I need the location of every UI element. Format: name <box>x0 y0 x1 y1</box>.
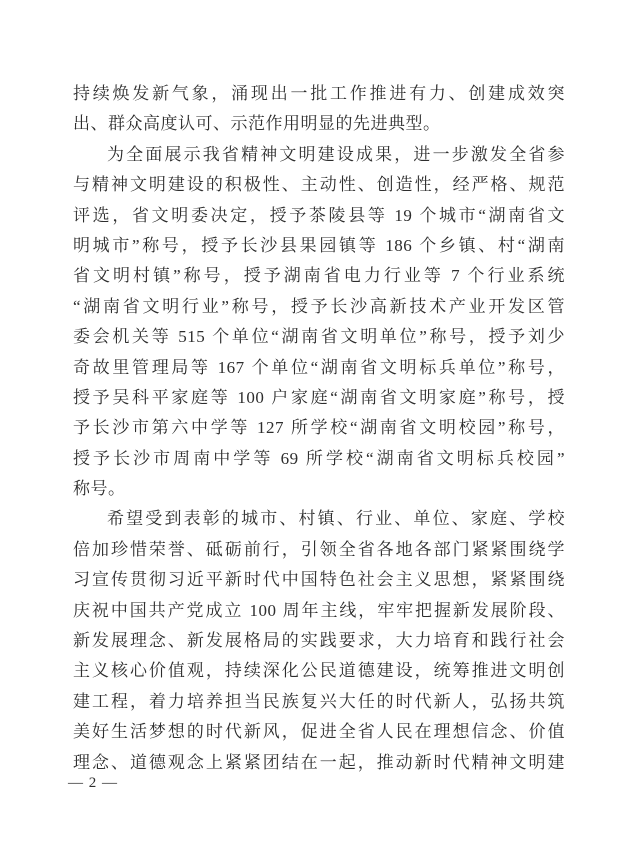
body-text-line: 授予长沙市周南中学等 69 所学校“湖南省文明标兵校园” <box>73 444 565 474</box>
body-text-line: 委会机关等 515 个单位“湖南省文明单位”称号，授予刘少 <box>73 322 565 352</box>
body-text-line: 美好生活梦想的时代新风，促进全省人民在理想信念、价值 <box>73 717 565 747</box>
body-text-line: 与精神文明建设的积极性、主动性、创造性，经严格、规范 <box>73 170 565 200</box>
body-text-line: 授予吴科平家庭等 100 户家庭“湖南省文明家庭”称号，授 <box>73 383 565 413</box>
body-text-line: 理念、道德观念上紧紧团结在一起，推动新时代精神文明建 <box>73 748 565 778</box>
body-text-line: 希望受到表彰的城市、村镇、行业、单位、家庭、学校 <box>73 504 565 534</box>
body-text-line: 持续焕发新气象，涌现出一批工作推进有力、创建成效突 <box>73 79 565 109</box>
body-text-line: 习宣传贯彻习近平新时代中国特色社会主义思想，紧紧围绕 <box>73 565 565 595</box>
body-text-line: 出、群众高度认可、示范作用明显的先进典型。 <box>73 109 565 139</box>
body-text-line: 新发展理念、新发展格局的实践要求，大力培育和践行社会 <box>73 626 565 656</box>
body-text-line: 评选，省文明委决定，授予茶陵县等 19 个城市“湖南省文 <box>73 201 565 231</box>
body-text-line: 予长沙市第六中学等 127 所学校“湖南省文明校园”称号， <box>73 413 565 443</box>
body-text-line: 主义核心价值观，持续深化公民道德建设，统筹推进文明创 <box>73 656 565 686</box>
paragraph-hopes: 希望受到表彰的城市、村镇、行业、单位、家庭、学校 倍加珍惜荣誉、砥砺前行，引领全… <box>73 504 565 778</box>
body-text-line: 称号。 <box>73 474 565 504</box>
body-text-line: 建工程，着力培养担当民族复兴大任的时代新人，弘扬共筑 <box>73 687 565 717</box>
page-number: — 2 — <box>68 773 118 793</box>
paragraph-awards: 为全面展示我省精神文明建设成果，进一步激发全省参 与精神文明建设的积极性、主动性… <box>73 140 565 505</box>
body-text-line: “湖南省文明行业”称号，授予长沙高新技术产业开发区管 <box>73 292 565 322</box>
document-body: 持续焕发新气象，涌现出一批工作推进有力、创建成效突 出、群众高度认可、示范作用明… <box>73 79 565 778</box>
body-text-line: 明城市”称号，授予长沙县果园镇等 186 个乡镇、村“湖南 <box>73 231 565 261</box>
body-text-line: 倍加珍惜荣誉、砥砺前行，引领全省各地各部门紧紧围绕学 <box>73 535 565 565</box>
document-page: 持续焕发新气象，涌现出一批工作推进有力、创建成效突 出、群众高度认可、示范作用明… <box>0 0 628 856</box>
body-text-line: 庆祝中国共产党成立 100 周年主线，牢牢把握新发展阶段、 <box>73 596 565 626</box>
body-text-line: 为全面展示我省精神文明建设成果，进一步激发全省参 <box>73 140 565 170</box>
body-text-line: 奇故里管理局等 167 个单位“湖南省文明标兵单位”称号， <box>73 353 565 383</box>
body-text-line: 省文明村镇”称号，授予湖南省电力行业等 7 个行业系统 <box>73 261 565 291</box>
paragraph-continuation: 持续焕发新气象，涌现出一批工作推进有力、创建成效突 出、群众高度认可、示范作用明… <box>73 79 565 140</box>
